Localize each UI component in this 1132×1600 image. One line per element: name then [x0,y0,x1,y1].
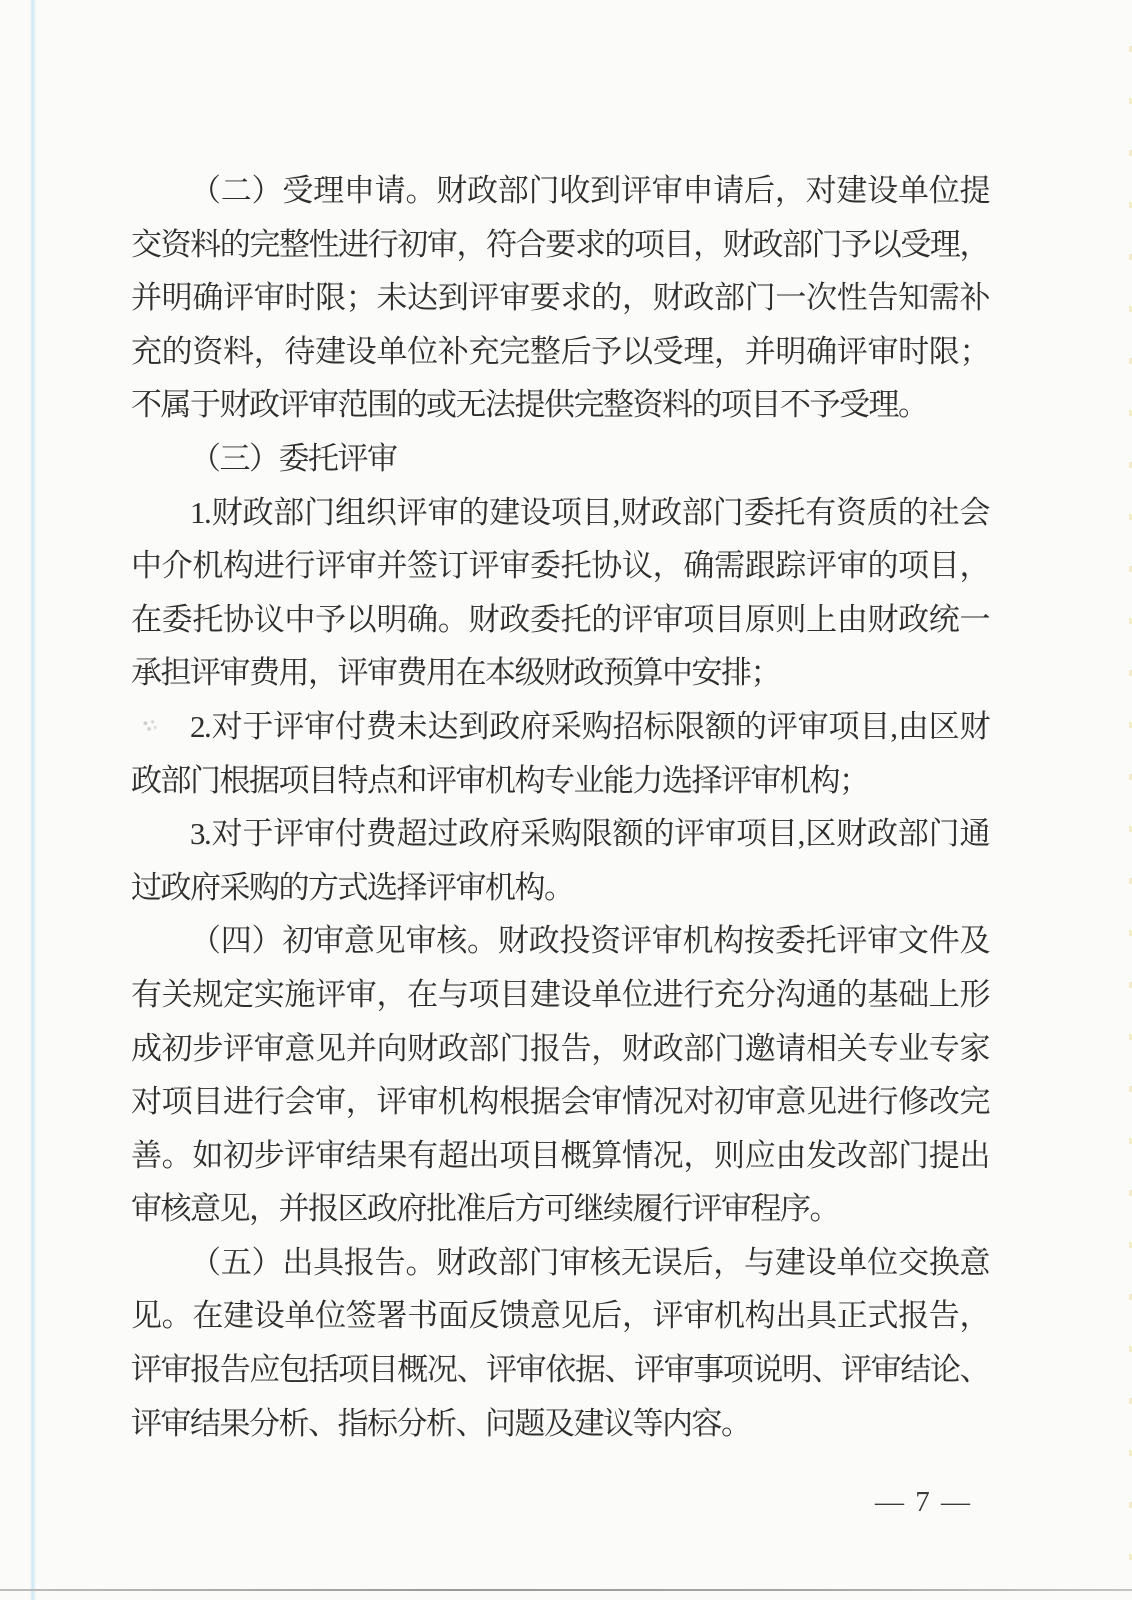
text-line: 评审结果分析、指标分析、问题及建议等内容。 [131,1397,989,1451]
text-line: 在委托协议中予以明确。财政委托的评审项目原则上由财政统一 [131,593,989,647]
text-line: 并明确评审时限；未达到评审要求的，财政部门一次性告知需补 [131,271,989,325]
text-line: 不属于财政评审范围的或无法提供完整资料的项目不予受理。 [131,378,989,432]
text-line: 1.财政部门组织评审的建设项目,财政部门委托有资质的社会 [131,486,989,540]
text-line: 善。如初步评审结果有超出项目概算情况，则应由发改部门提出 [131,1129,989,1183]
section-heading: （三）委托评审 [131,432,989,486]
text-line: （五）出具报告。财政部门审核无误后，与建设单位交换意 [131,1236,989,1290]
page-number: — 7 — [875,1486,972,1519]
document-page: （二）受理申请。财政部门收到评审申请后，对建设单位提 交资料的完整性进行初审，符… [0,0,1132,1600]
text-line: 过政府采购的方式选择评审机构。 [131,861,989,915]
text-line: 见。在建设单位签署书面反馈意见后，评审机构出具正式报告， [131,1289,989,1343]
text-line: 承担评审费用，评审费用在本级财政预算中安排； [131,646,989,700]
text-line: 交资料的完整性进行初审，符合要求的项目，财政部门予以受理， [131,218,989,272]
text-line: 成初步评审意见并向财政部门报告，财政部门邀请相关专业专家 [131,1022,989,1076]
text-line: 中介机构进行评审并签订评审委托协议，确需跟踪评审的项目， [131,539,989,593]
text-line: 评审报告应包括项目概况、评审依据、评审事项说明、评审结论、 [131,1343,989,1397]
text-line: 充的资料，待建设单位补充完整后予以受理，并明确评审时限； [131,325,989,379]
document-body: （二）受理申请。财政部门收到评审申请后，对建设单位提 交资料的完整性进行初审，符… [131,164,989,1450]
scan-artifact-blue-line [30,0,36,1600]
text-line: （四）初审意见审核。财政投资评审机构按委托评审文件及 [131,914,989,968]
text-line: 有关规定实施评审，在与项目建设单位进行充分沟通的基础上形 [131,968,989,1022]
text-line: 2.对于评审付费未达到政府采购招标限额的评审项目,由区财 [131,700,989,754]
text-line: 对项目进行会审，评审机构根据会审情况对初审意见进行修改完 [131,1075,989,1129]
scan-artifact-bottom-line [0,1589,1132,1591]
text-line: 政部门根据项目特点和评审机构专业能力选择评审机构； [131,754,989,808]
text-line: 审核意见，并报区政府批准后方可继续履行评审程序。 [131,1182,989,1236]
text-line: 3.对于评审付费超过政府采购限额的评审项目,区财政部门通 [131,807,989,861]
text-line: （二）受理申请。财政部门收到评审申请后，对建设单位提 [131,164,989,218]
